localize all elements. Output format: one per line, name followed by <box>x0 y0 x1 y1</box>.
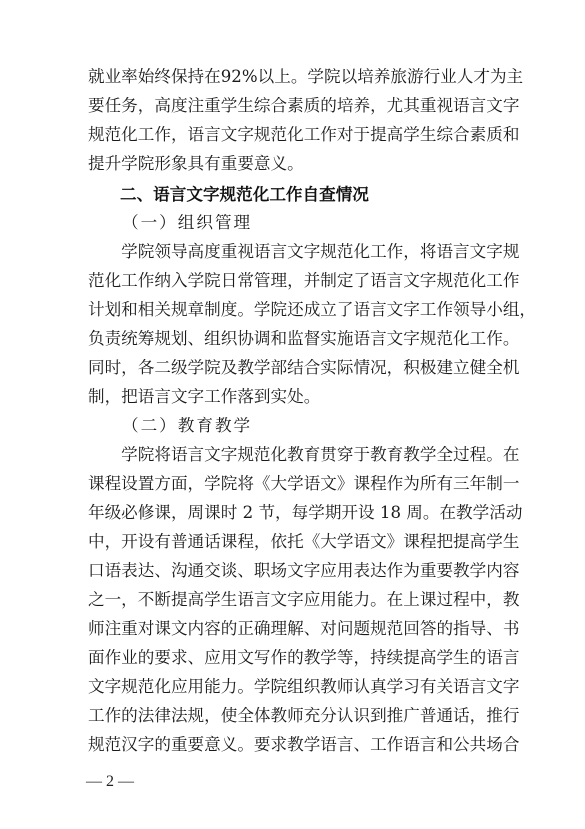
body-text-line: 课程设置方面，学院将《大学语文》课程作为所有三年制一 <box>88 473 498 495</box>
body-text-line: 之一，不断提高学生语言文字应用能力。在上课过程中，教 <box>88 589 498 611</box>
body-text-line: 学院领导高度重视语言文字规范化工作，将语言文字规 <box>88 241 498 263</box>
body-text-line: 负责统筹规划、组织协调和监督实施语言文字规范化工作。 <box>88 328 498 350</box>
body-text-line: 范化工作纳入学院日常管理，并制定了语言文字规范化工作 <box>88 270 498 292</box>
body-text-line: 年级必修课，周课时 2 节，每学期开设 18 周。在教学活动 <box>88 502 498 524</box>
subsection-title-teaching: （二）教育教学 <box>122 415 252 437</box>
document-page: 就业率始终保持在92%以上。学院以培养旅游行业人才为主 要任务，高度注重学生综合… <box>0 0 585 829</box>
body-text-line: 制，把语言文字工作落到实处。 <box>88 386 498 408</box>
body-text-line: 中，开设有普通话课程，依托《大学语文》课程把提高学生 <box>88 531 498 553</box>
body-text-line: 文字规范化应用能力。学院组织教师认真学习有关语言文字 <box>88 676 498 698</box>
body-text-line: 口语表达、沟通交谈、职场文字应用表达作为重要教学内容 <box>88 560 498 582</box>
section-heading: 二、语言文字规范化工作自查情况 <box>120 184 369 206</box>
page-number: — 2 — <box>86 771 134 793</box>
body-text-line: 要任务，高度注重学生综合素质的培养，尤其重视语言文字 <box>88 95 498 117</box>
body-text-line: 提升学院形象具有重要意义。 <box>88 153 498 175</box>
body-text-line: 学院将语言文字规范化教育贯穿于教育教学全过程。在 <box>88 444 498 466</box>
body-text-line: 规范汉字的重要意义。要求教学语言、工作语言和公共场合 <box>88 734 498 756</box>
body-text-line: 面作业的要求、应用文写作的教学等，持续提高学生的语言 <box>88 647 498 669</box>
body-text-line: 同时，各二级学院及教学部结合实际情况，积极建立健全机 <box>88 357 498 379</box>
subsection-title-organization: （一）组织管理 <box>122 212 252 234</box>
body-text-line: 计划和相关规章制度。学院还成立了语言文字工作领导小组， <box>88 299 498 321</box>
body-text-line: 师注重对课文内容的正确理解、对问题规范回答的指导、书 <box>88 618 498 640</box>
body-text-line: 就业率始终保持在92%以上。学院以培养旅游行业人才为主 <box>88 66 498 88</box>
body-text-line: 工作的法律法规，使全体教师充分认识到推广普通话，推行 <box>88 705 498 727</box>
body-text-line: 规范化工作，语言文字规范化工作对于提高学生综合素质和 <box>88 124 498 146</box>
